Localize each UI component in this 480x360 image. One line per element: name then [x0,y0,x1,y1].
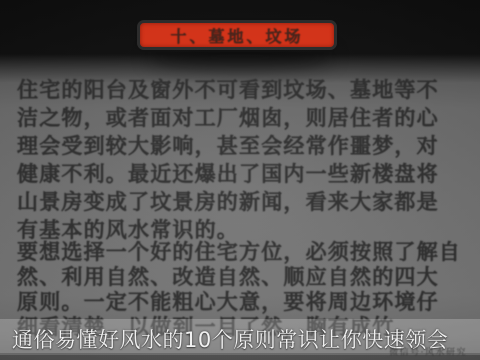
article-line: 山景房变成了坟景房的新闻，看来大家都是 [17,188,466,216]
article-image: 十、墓地、坟场 住宅的阳台及窗外不可看到坟场、墓地等不 洁之物，或者面对工厂烟囱… [0,0,480,360]
article-line: 洁之物，或者面对工厂烟囱，则居住者的心 [17,104,466,132]
article-line: 住宅的阳台及窗外不可看到坟场、墓地等不 [17,76,466,104]
section-banner: 十、墓地、坟场 [137,20,337,50]
article-line: 然、利用自然、改造自然、顺应自然的四大 [17,265,466,290]
watermark: 微信号·风水研究 [389,345,467,358]
article-line: 要想选择一个好的住宅方位，必须按照了解自 [17,240,466,265]
article-line: 健康不利。最近还爆出了国内一些新楼盘将 [17,160,466,188]
article-line: 原则。一定不能粗心大意，要将周边环境仔 [17,290,466,315]
section-banner-title: 十、墓地、坟场 [170,24,303,47]
article-paragraph-1: 住宅的阳台及窗外不可看到坟场、墓地等不 洁之物，或者面对工厂烟囱，则居住者的心 … [17,76,466,244]
article-line: 理会受到较大影响，甚至会经常作噩梦，对 [17,132,466,160]
